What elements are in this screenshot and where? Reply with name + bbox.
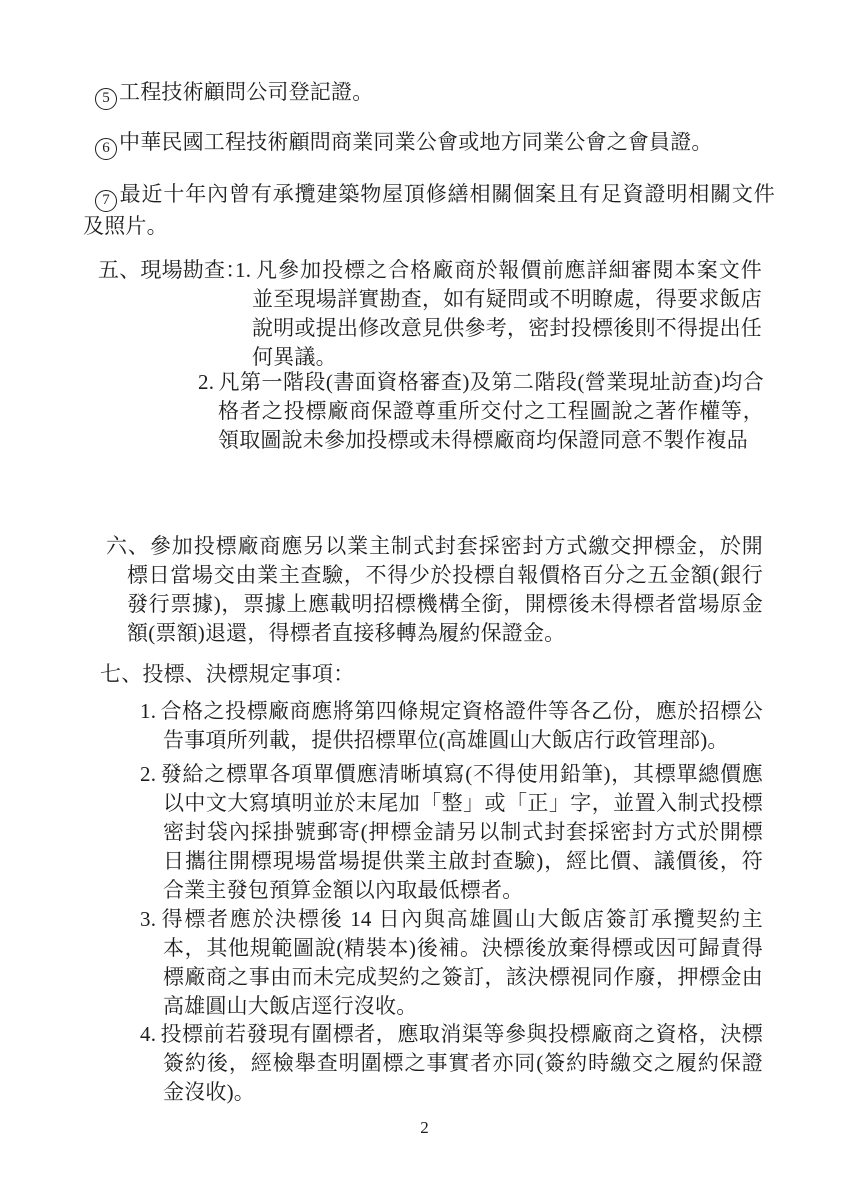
item-number: 4. [140, 1022, 156, 1046]
certificate-item: 7最近十年內曾有承攬建築物屋頂修繕相關個案且有足資證明相關文件及照片。 [83, 180, 775, 241]
document-page: 5工程技術顧問公司登記證。 6中華民國工程技術顧問商業同業公會或地方同業公會之會… [0, 0, 849, 1200]
section-seven-item-1: 1.合格之投標廠商應將第四條規定資格證件等各乙份，應於招標公告事項所列載，提供招… [140, 697, 763, 755]
certificate-text: 最近十年內曾有承攬建築物屋頂修繕相關個案且有足資證明相關文件及照片。 [83, 182, 775, 238]
section-five-item-2: 2.凡第一階段(書面資格審查)及第二階段(營業現址訪查)均合格者之投標廠商保證尊… [198, 368, 764, 455]
item-number: 2. [140, 762, 156, 786]
certificate-item: 5工程技術顧問公司登記證。 [83, 78, 775, 110]
section-seven-heading: 七、投標、決標規定事項： [100, 660, 354, 689]
circled-number-icon: 5 [95, 88, 117, 110]
section-label: 六、 [106, 534, 150, 558]
section-title: 投標、決標規定事項： [142, 662, 354, 686]
circled-number-icon: 7 [95, 190, 117, 212]
section-five-heading: 五、現場勘查： [98, 256, 246, 285]
item-text: 凡第一階段(書面資格審查)及第二階段(營業現址訪查)均合格者之投標廠商保證尊重所… [218, 370, 764, 452]
section-seven-item-2: 2.發給之標單各項單價應清晰填寫(不得使用鉛筆)，其標單總價應以中文大寫填明並於… [140, 760, 763, 905]
section-seven-item-3: 3.得標者應於決標後 14 日內與高雄圓山大飯店簽訂承攬契約主本，其他規範圖說(… [140, 905, 763, 1021]
item-text: 發給之標單各項單價應清晰填寫(不得使用鉛筆)，其標單總價應以中文大寫填明並於末尾… [160, 762, 763, 902]
item-text: 得標者應於決標後 14 日內與高雄圓山大飯店簽訂承攬契約主本，其他規範圖說(精裝… [160, 907, 763, 1018]
certificate-text: 中華民國工程技術顧問商業同業公會或地方同業公會之會員證。 [119, 130, 713, 154]
section-text: 參加投標廠商應另以業主制式封套採密封方式繳交押標金，於開標日當場交由業主查驗，不… [127, 534, 763, 645]
item-text: 投標前若發現有圍標者，應取消渠等參與投標廠商之資格，決標簽約後，經檢舉查明圍標之… [160, 1022, 763, 1104]
section-label: 七、 [100, 662, 142, 686]
item-number: 3. [140, 907, 156, 931]
section-five-item-1: 1.凡參加投標之合格廠商於報價前應詳細審閱本案文件並至現場詳實勘查，如有疑問或不… [235, 256, 762, 372]
section-label: 五、 [98, 258, 140, 282]
section-six: 六、參加投標廠商應另以業主制式封套採密封方式繳交押標金，於開標日當場交由業主查驗… [105, 532, 763, 648]
section-title: 現場勘查： [140, 258, 246, 282]
page-number: 2 [0, 1116, 849, 1140]
item-text: 凡參加投標之合格廠商於報價前應詳細審閱本案文件並至現場詳實勘查，如有疑問或不明瞭… [252, 258, 762, 369]
item-number: 1. [140, 699, 156, 723]
item-number: 2. [198, 370, 214, 394]
circled-number-icon: 6 [95, 138, 117, 160]
certificate-item: 6中華民國工程技術顧問商業同業公會或地方同業公會之會員證。 [83, 128, 775, 160]
section-seven-item-4: 4.投標前若發現有圍標者，應取消渠等參與投標廠商之資格，決標簽約後，經檢舉查明圍… [140, 1020, 763, 1107]
certificate-text: 工程技術顧問公司登記證。 [119, 80, 373, 104]
item-text: 合格之投標廠商應將第四條規定資格證件等各乙份，應於招標公告事項所列載，提供招標單… [160, 699, 763, 752]
item-number: 1. [235, 258, 251, 282]
